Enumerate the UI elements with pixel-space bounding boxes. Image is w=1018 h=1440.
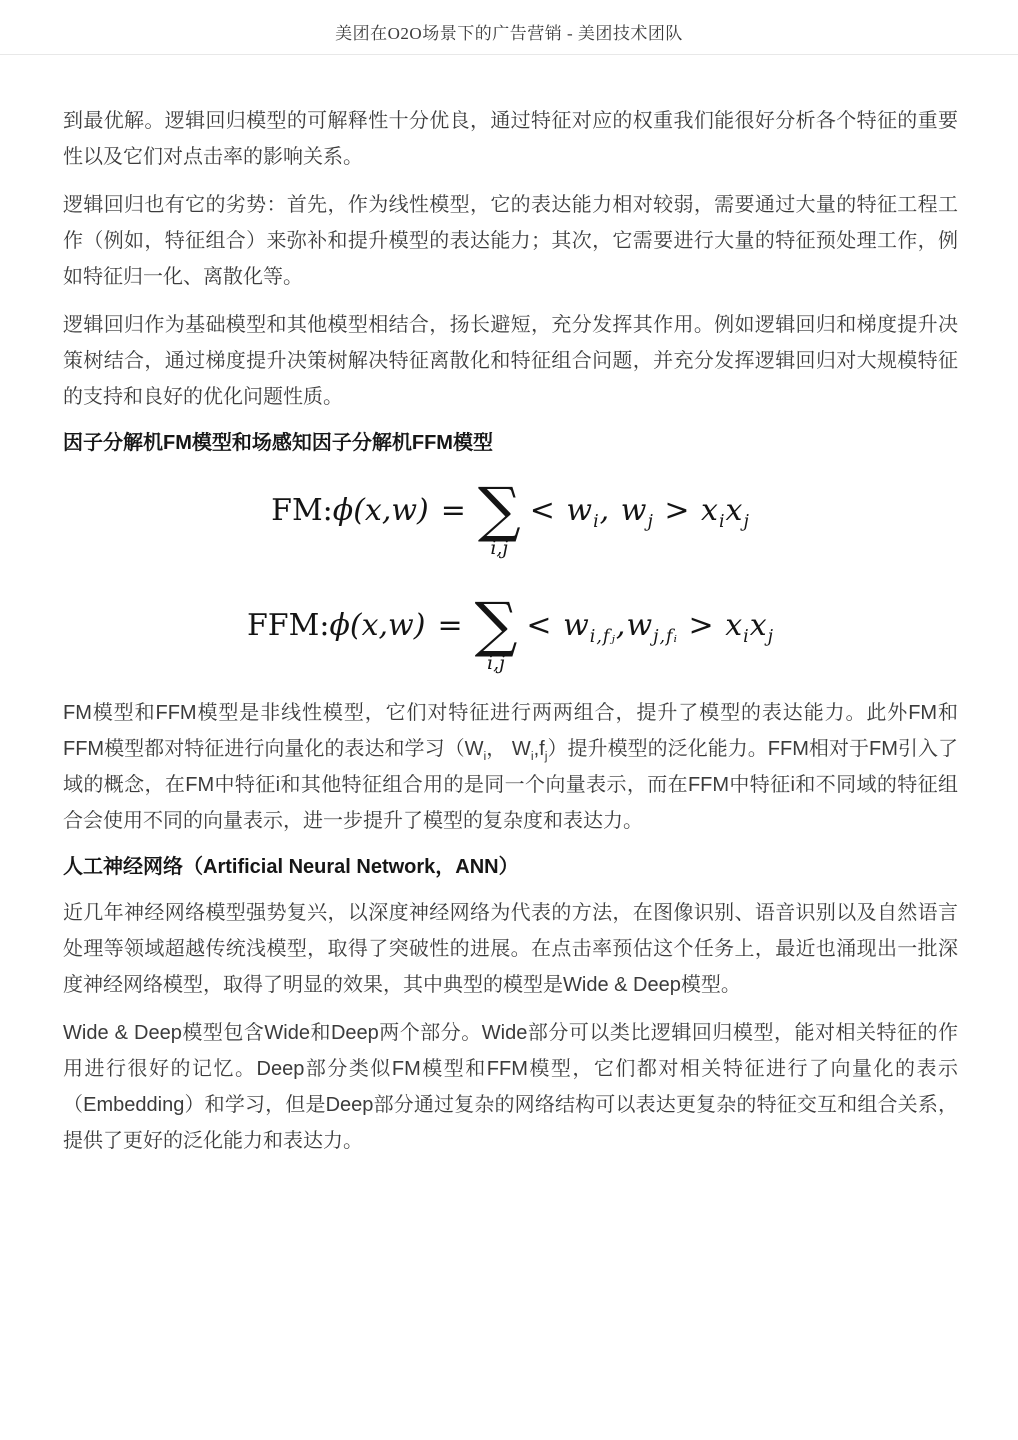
article-body: 到最优解。逻辑回归模型的可解释性十分优良，通过特征对应的权重我们能很好分析各个特…: [0, 55, 1018, 1159]
fm-formula-row: FM: ϕ(x,w) = ∑ i,j < wi, wj > xixj: [63, 483, 958, 538]
formula-function: ϕ(x,w): [333, 493, 429, 528]
sigma-icon: ∑: [478, 475, 521, 545]
formula-lhs: FFM: ϕ(x,w): [247, 608, 425, 643]
formula-function: ϕ(x,w): [329, 608, 425, 643]
page-title: 美团在O2O场景下的广告营销 - 美团技术团队: [335, 24, 683, 43]
formula-model-name: FFM:: [247, 608, 329, 643]
paragraph-fm-ffm-explain: FM模型和FFM模型是非线性模型，它们对特征进行两两组合，提升了模型的表达能力。…: [63, 695, 958, 839]
formula-rhs: < wi,fⱼ,wj,fᵢ > xixj: [526, 608, 774, 643]
paragraph-lr-cons: 逻辑回归也有它的劣势：首先，作为线性模型，它的表达能力相对较弱，需要通过大量的特…: [63, 187, 958, 295]
paragraph-lr-optimal: 到最优解。逻辑回归模型的可解释性十分优良，通过特征对应的权重我们能很好分析各个特…: [63, 103, 958, 175]
paragraph-ann: 近几年神经网络模型强势复兴，以深度神经网络为代表的方法，在图像识别、语音识别以及…: [63, 895, 958, 1003]
ffm-formula: FFM: ϕ(x,w) = ∑ i,j < wi,fⱼ,wj,fᵢ > xixj: [63, 588, 958, 687]
sigma-icon: ∑: [475, 590, 518, 660]
fm-formula: FM: ϕ(x,w) = ∑ i,j < wi, wj > xixj: [63, 473, 958, 572]
paragraph-lr-combine: 逻辑回归作为基础模型和其他模型相结合，扬长避短，充分发挥其作用。例如逻辑回归和梯…: [63, 307, 958, 415]
sigma-sum: ∑ i,j: [478, 483, 521, 538]
ffm-formula-row: FFM: ϕ(x,w) = ∑ i,j < wi,fⱼ,wj,fᵢ > xixj: [63, 598, 958, 653]
equals-sign: =: [434, 608, 465, 643]
sum-limits: i,j: [490, 539, 508, 558]
sigma-sum: ∑ i,j: [475, 598, 518, 653]
equals-sign: =: [438, 493, 469, 528]
formula-model-name: FM:: [271, 493, 333, 528]
heading-ann: 人工神经网络（Artificial Neural Network，ANN）: [63, 853, 958, 881]
print-header: 美团在O2O场景下的广告营销 - 美团技术团队: [0, 0, 1018, 55]
sum-limits: i,j: [487, 654, 505, 673]
heading-fm-ffm: 因子分解机FM模型和场感知因子分解机FFM模型: [63, 429, 958, 457]
formula-lhs: FM: ϕ(x,w): [271, 493, 429, 528]
formula-rhs: < wi, wj > xixj: [530, 493, 750, 528]
paragraph-wide-deep: Wide & Deep模型包含Wide和Deep两个部分。Wide部分可以类比逻…: [63, 1015, 958, 1159]
